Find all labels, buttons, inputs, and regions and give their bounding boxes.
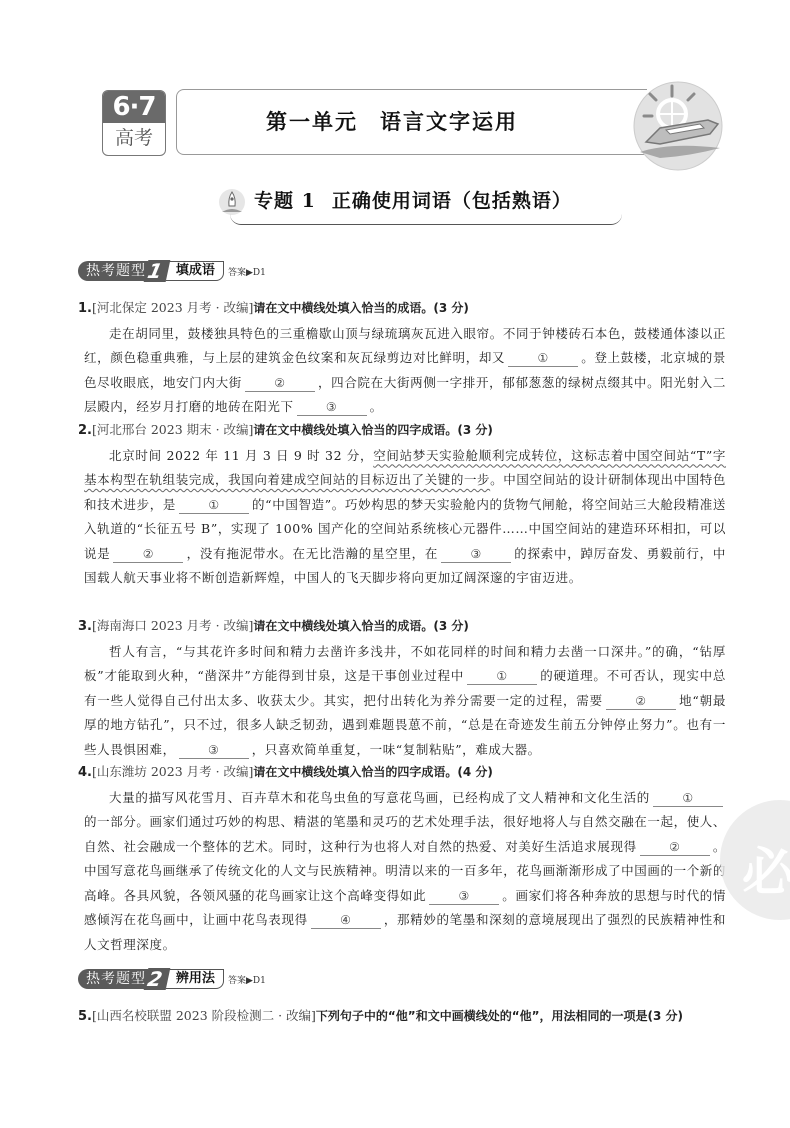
section-tag-2: 热考题型 2 辨用法 答案▶D1 (78, 968, 266, 990)
question-5: 5.[山西名校联盟 2023 阶段检测二 · 改编]下列句子中的“他”和文中画横… (84, 1004, 726, 1030)
question-1: 1.[河北保定 2023 月考 · 改编]请在文中横线处填入恰当的成语。(3 分… (84, 296, 726, 420)
section-number: 1 (144, 260, 171, 282)
question-number: 1. (78, 301, 92, 316)
passage-text: 大量的描写风花雪月、百卉草木和花鸟虫鱼的写意花鸟画，已经构成了文人精神和文化生活… (109, 790, 650, 805)
answer-blank-4[interactable]: ④ (311, 912, 381, 929)
question-passage: 走在胡同里，鼓楼独具特色的三重檐歇山顶与绿琉璃灰瓦进入眼帘。不同于钟楼砖石本色，… (84, 322, 726, 420)
answer-blank-2[interactable]: ② (606, 693, 676, 710)
question-stem: 1.[河北保定 2023 月考 · 改编]请在文中横线处填入恰当的成语。(3 分… (84, 296, 726, 322)
question-stem: 4.[山东潍坊 2023 月考 · 改编]请在文中横线处填入恰当的四字成语。(4… (84, 760, 726, 786)
question-requirement: 请在文中横线处填入恰当的成语。(3 分) (253, 619, 469, 633)
passage-text: ，没有拖泥带水。在无比浩瀚的星空里，在 (186, 546, 438, 561)
answer-blank-3[interactable]: ③ (297, 399, 367, 416)
logo-label: 高考 (103, 123, 165, 155)
topic-name: 正确使用词语（包括熟语） (332, 190, 572, 212)
answer-blank-2[interactable]: ② (113, 546, 183, 563)
section-number: 2 (144, 968, 171, 990)
question-number: 2. (78, 423, 92, 438)
question-passage: 哲人有言，“与其花许多时间和精力去凿许多浅井，不如花同样的时间和精力去凿一口深井… (84, 640, 726, 763)
question-2: 2.[河北邢台 2023 期末 · 改编]请在文中横线处填入恰当的四字成语。(3… (84, 418, 726, 591)
answer-reference: 答案▶D1 (228, 973, 266, 986)
question-number: 5. (78, 1009, 92, 1024)
question-source: [河北邢台 2023 期末 · 改编] (92, 422, 253, 437)
question-requirement: 请在文中横线处填入恰当的成语。(3 分) (253, 301, 469, 315)
question-source: [河北保定 2023 月考 · 改编] (92, 300, 253, 315)
question-passage: 北京时间 2022 年 11 月 3 日 9 时 32 分，空间站梦天实验舱顺利… (84, 444, 726, 591)
question-stem: 5.[山西名校联盟 2023 阶段检测二 · 改编]下列句子中的“他”和文中画横… (84, 1004, 726, 1030)
answer-blank-2[interactable]: ② (245, 375, 315, 392)
topic-heading: 专题 1正确使用词语（包括熟语） (218, 184, 628, 224)
watermark-seal: 必 (720, 800, 790, 920)
passage-text: ，只喜欢简单重复，一味“复制粘贴”，难成大器。 (252, 742, 541, 757)
passage-text: 北京时间 2022 年 11 月 3 日 9 时 32 分， (109, 448, 373, 463)
topic-title: 专题 1正确使用词语（包括熟语） (254, 186, 572, 213)
answer-blank-1[interactable]: ① (653, 790, 723, 807)
unit-name: 语言文字运用 (380, 110, 518, 134)
answer-blank-1[interactable]: ① (179, 497, 249, 514)
question-source: [山东潍坊 2023 月考 · 改编] (92, 764, 253, 779)
question-number: 4. (78, 765, 92, 780)
question-stem: 2.[河北邢台 2023 期末 · 改编]请在文中横线处填入恰当的四字成语。(3… (84, 418, 726, 444)
section-label: 辨用法 (166, 969, 224, 989)
section-label: 填成语 (166, 261, 224, 281)
answer-blank-3[interactable]: ③ (179, 742, 249, 759)
passage-text: 的一部分。画家们通过巧妙的构思、精湛的笔墨和灵巧的艺术处理手法，很好地将人与自然… (84, 814, 726, 854)
answer-blank-1[interactable]: ① (467, 668, 537, 685)
question-requirement: 请在文中横线处填入恰当的四字成语。(3 分) (253, 423, 493, 437)
question-3: 3.[海南海口 2023 月考 · 改编]请在文中横线处填入恰当的成语。(3 分… (84, 614, 726, 762)
ship-wheel-boat-icon (630, 78, 726, 174)
question-number: 3. (78, 619, 92, 634)
answer-reference: 答案▶D1 (228, 265, 266, 278)
answer-blank-3[interactable]: ③ (441, 546, 511, 563)
passage-text: 。 (370, 399, 383, 414)
series-logo: 6·7 高考 (102, 90, 166, 156)
topic-number: 专题 1 (254, 190, 316, 212)
answer-blank-3[interactable]: ③ (429, 888, 499, 905)
question-stem: 3.[海南海口 2023 月考 · 改编]请在文中横线处填入恰当的成语。(3 分… (84, 614, 726, 640)
question-source: [海南海口 2023 月考 · 改编] (92, 618, 253, 633)
topic-underline (230, 214, 622, 225)
unit-number: 第一单元 (266, 110, 358, 134)
answer-blank-2[interactable]: ② (640, 839, 710, 856)
watermark-text: 必 (742, 830, 790, 905)
section-pill: 热考题型 (78, 261, 148, 281)
question-4: 4.[山东潍坊 2023 月考 · 改编]请在文中横线处填入恰当的四字成语。(4… (84, 760, 726, 957)
answer-blank-1[interactable]: ① (508, 350, 578, 367)
logo-number: 6·7 (103, 91, 165, 123)
section-pill: 热考题型 (78, 969, 148, 989)
unit-banner: 第一单元语言文字运用 (176, 89, 647, 155)
section-tag-1: 热考题型 1 填成语 答案▶D1 (78, 260, 266, 282)
rocket-icon (218, 188, 246, 216)
question-passage: 大量的描写风花雪月、百卉草木和花鸟虫鱼的写意花鸟画，已经构成了文人精神和文化生活… (84, 786, 726, 958)
question-requirement: 下列句子中的“他”和文中画横线处的“他”，用法相同的一项是(3 分) (316, 1009, 683, 1023)
question-source: [山西名校联盟 2023 阶段检测二 · 改编] (92, 1008, 316, 1023)
unit-title: 第一单元语言文字运用 (177, 90, 607, 154)
question-requirement: 请在文中横线处填入恰当的四字成语。(4 分) (253, 765, 493, 779)
